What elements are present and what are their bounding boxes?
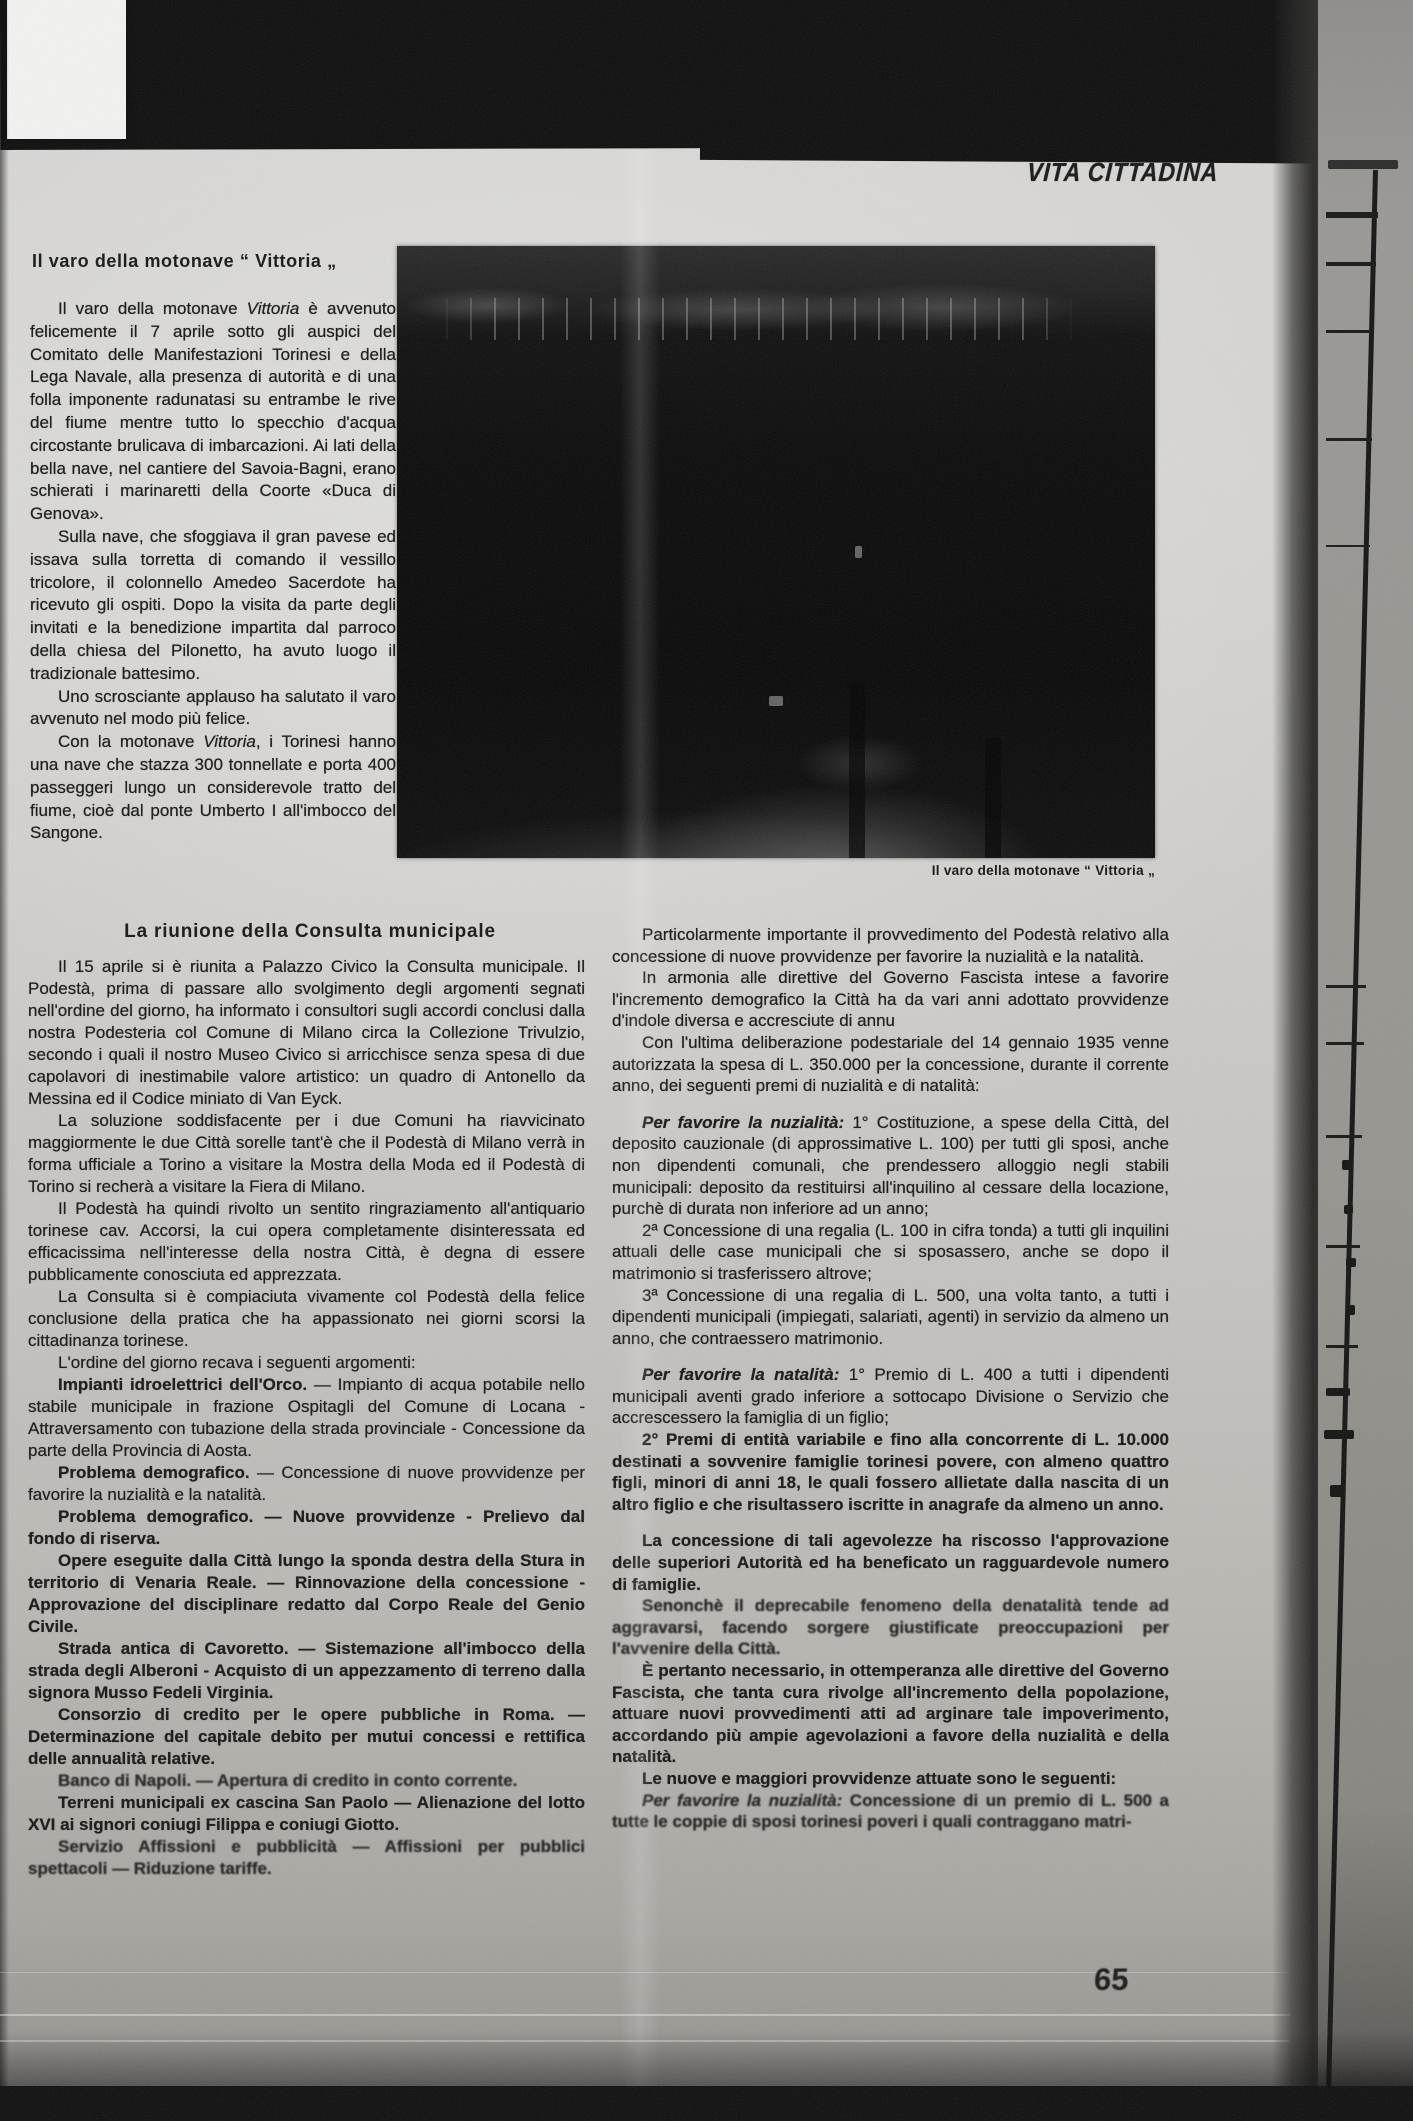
adjacent-page-ink-blob [1324,1430,1354,1439]
paragraph: Servizio Affissioni e pubblicità — Affis… [28,1836,585,1880]
adjacent-page-table-rule [1326,170,1378,2110]
adjacent-page-ink-blob [1330,1485,1344,1497]
paragraph: Per favorire la nuzialità: 1° Costituzio… [612,1112,1169,1220]
paragraph: Strada antica di Cavoretto. — Sistemazio… [28,1638,585,1704]
paragraph: 2ª Concessione di una regalia (L. 100 in… [612,1220,1169,1285]
adjacent-page-ink-blob [1326,1388,1350,1396]
adjacent-page-rule [1326,438,1372,441]
paragraph: Banco di Napoli. — Apertura di credito i… [28,1770,585,1792]
paragraph: Il varo della motonave Vittoria è avvenu… [30,298,396,526]
photo-dark-post [985,738,1001,858]
adjacent-page-rule [1326,1042,1364,1045]
photo-water-reflection [397,648,1155,858]
paragraph: Impianti idroelettrici dell'Orco. — Impi… [28,1374,585,1462]
council-right-column: Particolarmente importante il provvedime… [612,924,1169,1833]
adjacent-page-ink-blob [1342,1160,1350,1170]
paragraph: Il Podestà ha quindi rivolto un sentito … [28,1198,585,1286]
launch-article-column: Il varo della motonave “ Vittoria „ Il v… [30,251,396,845]
adjacent-page-rule [1326,262,1376,266]
adjacent-page-ink-blob [1346,1258,1356,1267]
paragraph: 2° Premi di entità variabile e fino alla… [612,1429,1169,1515]
corner-paper-patch [7,0,126,139]
adjacent-page-rule [1326,1245,1360,1248]
scanned-magazine-page: VITA CITTADINA Il varo della motonave “ … [0,0,1413,2121]
paragraph: Uno scrosciante applauso ha salutato il … [30,686,396,732]
council-left-column: Il 15 aprile si è riunita a Palazzo Civi… [28,956,585,1880]
page-number: 65 [1093,1962,1129,1998]
photo-caption: Il varo della motonave “ Vittoria „ [645,863,1155,878]
paragraph: La soluzione soddisfacente per i due Com… [28,1110,585,1198]
bottom-black-bar [0,2086,1413,2121]
adjacent-page-text-fragment [1328,160,1398,169]
paper-crease [0,2014,1290,2016]
adjacent-page-edge [1318,0,1413,2121]
paragraph: Le nuove e maggiori provvidenze attuate … [612,1768,1169,1790]
adjacent-page-rule [1326,1135,1362,1138]
photo-light-speck [769,696,783,706]
paragraph: In armonia alle direttive del Governo Fa… [612,967,1169,1032]
paragraph: Opere eseguite dalla Città lungo la spon… [28,1550,585,1638]
article-title: Il varo della motonave “ Vittoria „ [32,251,396,272]
paragraph: È pertanto necessario, in ottemperanza a… [612,1660,1169,1768]
photo-dark-post [849,683,865,858]
adjacent-page-rule [1326,330,1374,333]
photo-boat-masts [437,298,1077,340]
launch-photo [397,246,1155,858]
paper-streak [620,150,660,2086]
paragraph: L'ordine del giorno recava i seguenti ar… [28,1352,585,1374]
paragraph: Con la motonave Vittoria, i Torinesi han… [30,731,396,845]
left-page-edge-shadow [0,0,9,2121]
paragraph: 3ª Concessione di una regalia di L. 500,… [612,1285,1169,1350]
paragraph: Consorzio di credito per le opere pubbli… [28,1704,585,1770]
masthead: VITA CITTADINA [1026,158,1226,188]
paragraph: Particolarmente importante il provvedime… [612,924,1169,967]
section-title: La riunione della Consulta municipale [30,921,590,943]
bottom-shadow [0,2030,1413,2088]
photo-light-speck [855,546,862,558]
paragraph: Problema demografico. — Nuove provvidenz… [28,1506,585,1550]
paragraph: Con l'ultima deliberazione podestariale … [612,1032,1169,1097]
paragraph: La Consulta si è compiaciuta vivamente c… [28,1286,585,1352]
paragraph: Terreni municipali ex cascina San Paolo … [28,1792,585,1836]
adjacent-page-rule [1326,545,1370,547]
paragraph: Per favorire la nuzialità: Concessione d… [612,1790,1169,1833]
adjacent-page-ink-blob [1344,1205,1353,1214]
adjacent-page-ink-blob [1346,1305,1355,1315]
paragraph: Per favorire la natalità: 1° Premio di L… [612,1364,1169,1429]
article-body: Il varo della motonave Vittoria è avvenu… [30,298,396,845]
paragraph: Problema demografico. — Concessione di n… [28,1462,585,1506]
paragraph: Sulla nave, che sfoggiava il gran pavese… [30,526,396,686]
paragraph: La concessione di tali agevolezze ha ris… [612,1530,1169,1595]
adjacent-page-rule [1326,1345,1358,1348]
paragraph: Senonchè il deprecabile fenomeno della d… [612,1595,1169,1660]
adjacent-page-rule [1326,985,1366,988]
paragraph: Il 15 aprile si è riunita a Palazzo Civi… [28,956,585,1110]
adjacent-page-rule [1326,212,1378,218]
top-black-bar [0,0,1413,150]
